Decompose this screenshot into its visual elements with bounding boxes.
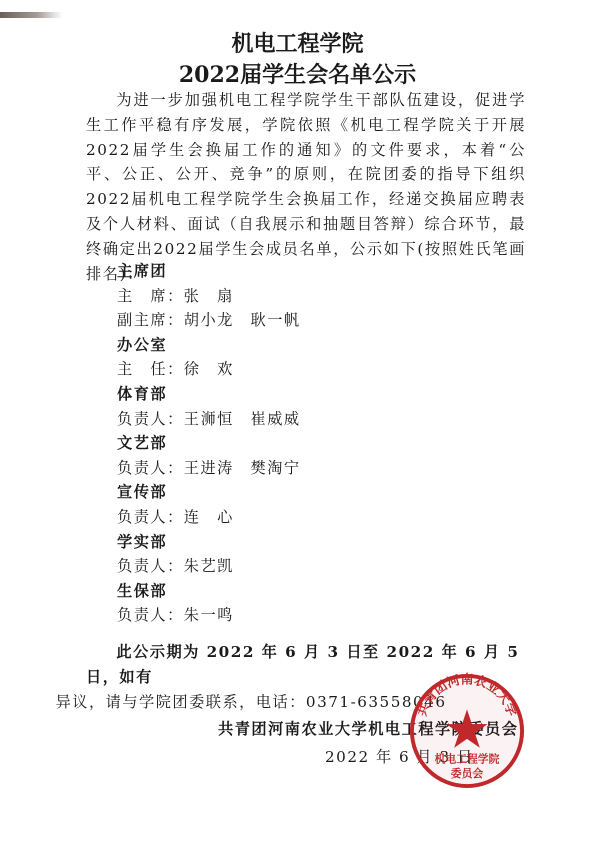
member-row: 副主席：胡小龙 耿一帆: [117, 308, 301, 333]
svg-text:委员会: 委员会: [451, 766, 484, 780]
document-subtitle: 2022届学生会名单公示: [0, 58, 595, 89]
member-role: 负责人：: [117, 557, 184, 575]
member-row: 负责人：王浉恒 崔威威: [117, 407, 301, 432]
section-heading: 主席团: [117, 259, 301, 284]
svg-text:机电工程学院: 机电工程学院: [435, 751, 500, 765]
member-row: 负责人：朱艺凯: [117, 554, 301, 579]
member-row: 主 任：徐 欢: [117, 357, 301, 382]
member-names: 朱一鸣: [184, 606, 234, 624]
member-role: 主 席：: [117, 287, 184, 305]
member-names: 张 扇: [184, 287, 234, 305]
member-row: 负责人：朱一鸣: [117, 603, 301, 628]
member-role: 负责人：: [117, 410, 184, 428]
section-heading: 生保部: [117, 579, 301, 604]
intro-paragraph: 为进一步加强机电工程学院学生干部队伍建设，促进学生工作平稳有序发展，学院依照《机…: [86, 88, 526, 286]
member-names: 王浉恒 崔威威: [184, 410, 301, 428]
member-role: 副主席：: [117, 311, 184, 329]
official-seal-icon: 共青团河南农业大学 机电工程学院 委员会: [408, 672, 526, 790]
scan-edge-mark: [0, 12, 62, 18]
member-names: 胡小龙 耿一帆: [184, 311, 301, 329]
section-heading: 宣传部: [117, 480, 301, 505]
section-heading: 文艺部: [117, 431, 301, 456]
member-role: 负责人：: [117, 508, 184, 526]
member-names: 王进涛 樊淘宁: [184, 459, 301, 477]
member-row: 负责人：王进涛 樊淘宁: [117, 456, 301, 481]
member-names: 朱艺凯: [184, 557, 234, 575]
document-title: 机电工程学院: [0, 27, 595, 58]
section-heading: 办公室: [117, 333, 301, 358]
member-row: 主 席：张 扇: [117, 284, 301, 309]
member-names: 徐 欢: [184, 360, 234, 378]
member-names: 连 心: [184, 508, 234, 526]
member-role: 负责人：: [117, 606, 184, 624]
notice-contact: 异议，请与学院团委联系，电话：0371-63558046: [56, 690, 447, 715]
member-role: 主 任：: [117, 360, 184, 378]
section-heading: 体育部: [117, 382, 301, 407]
member-role: 负责人：: [117, 459, 184, 477]
section-heading: 学实部: [117, 530, 301, 555]
member-list: 主席团 主 席：张 扇 副主席：胡小龙 耿一帆 办公室 主 任：徐 欢 体育部 …: [117, 259, 301, 628]
member-row: 负责人：连 心: [117, 505, 301, 530]
